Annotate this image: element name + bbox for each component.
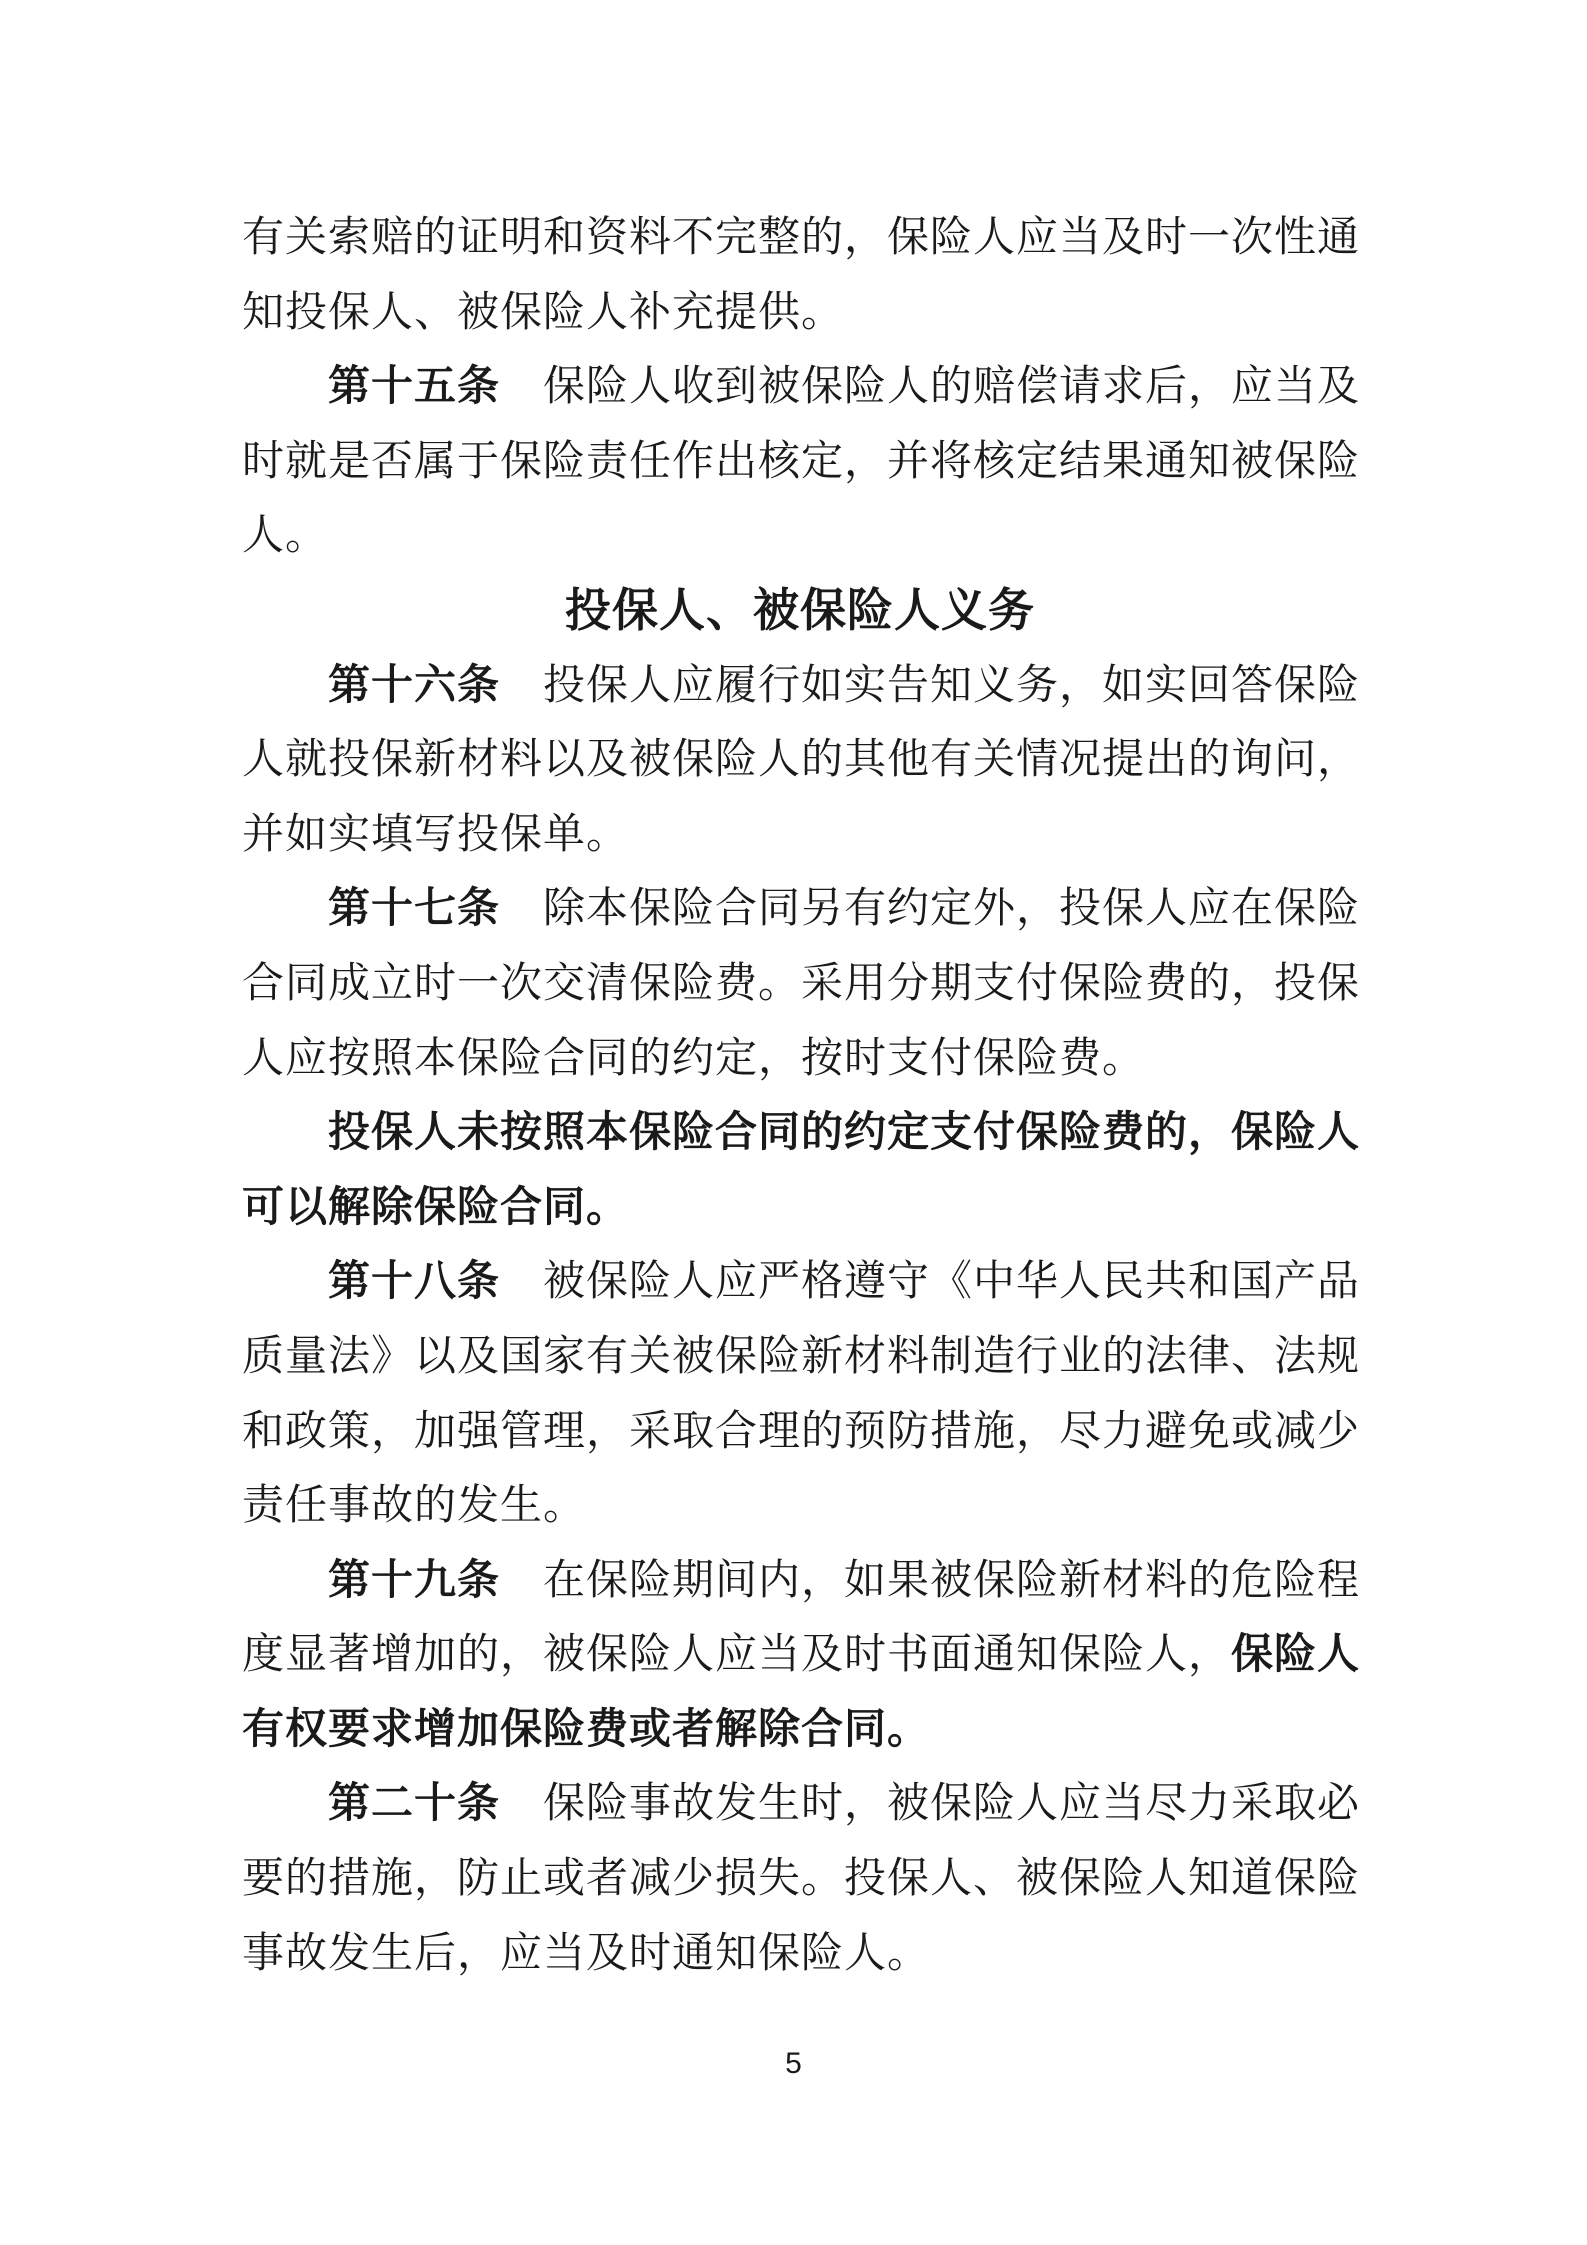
text-run: 保险事故发生时，被保险人应当尽力采取必 — [500, 1781, 1360, 1827]
text-run: 知投保人、被保险人补充提供。 — [242, 290, 844, 336]
text-run: 投保人应履行如实告知义务，如实回答保险 — [500, 663, 1360, 709]
text-run: 保险人收到被保险人的赔偿请求后，应当及 — [500, 364, 1360, 410]
page-footer: 5 — [0, 2046, 1587, 2082]
article-number: 第二十条 — [328, 1781, 500, 1827]
text-run: 有关索赔的证明和资料不完整的，保险人应当及时一次性通 — [242, 215, 1360, 261]
text-line-article-15: 第十五条 保险人收到被保险人的赔偿请求后，应当及 — [242, 350, 1358, 425]
section-heading: 投保人、被保险人义务 — [242, 574, 1358, 649]
page-number: 5 — [785, 2047, 802, 2080]
text-run: 责任事故的发生。 — [242, 1483, 586, 1529]
text-run: 质量法》以及国家有关被保险新材料制造行业的法律、法规 — [242, 1334, 1360, 1380]
article-number: 第十七条 — [328, 886, 500, 932]
text-run-bold: 保险人 — [1231, 1632, 1360, 1678]
text-line-mixed: 度显著增加的，被保险人应当及时书面通知保险人，保险人 — [242, 1618, 1358, 1693]
text-line: 人应按照本保险合同的约定，按时支付保险费。 — [242, 1022, 1358, 1097]
text-line-bold-clause: 可以解除保险合同。 — [242, 1171, 1358, 1246]
text-run: 和政策，加强管理，采取合理的预防措施，尽力避免或减少 — [242, 1409, 1360, 1455]
text-run: 人。 — [242, 513, 328, 559]
text-run: 时就是否属于保险责任作出核定，并将核定结果通知被保险 — [242, 439, 1360, 485]
text-run: 除本保险合同另有约定外，投保人应在保险 — [500, 886, 1360, 932]
text-line-article-18: 第十八条 被保险人应严格遵守《中华人民共和国产品 — [242, 1245, 1358, 1320]
text-line: 要的措施，防止或者减少损失。投保人、被保险人知道保险 — [242, 1842, 1358, 1917]
text-run: 并如实填写投保单。 — [242, 812, 629, 858]
text-line: 事故发生后，应当及时通知保险人。 — [242, 1917, 1358, 1992]
section-heading-text: 投保人、被保险人义务 — [565, 585, 1035, 636]
text-run: 被保险人应严格遵守《中华人民共和国产品 — [500, 1259, 1360, 1305]
text-run: 在保险期间内，如果被保险新材料的危险程 — [500, 1558, 1360, 1604]
text-line: 人。 — [242, 499, 1358, 574]
text-run: 要的措施，防止或者减少损失。投保人、被保险人知道保险 — [242, 1856, 1360, 1902]
text-line: 知投保人、被保险人补充提供。 — [242, 276, 1358, 351]
text-line-bold-clause: 投保人未按照本保险合同的约定支付保险费的，保险人 — [242, 1096, 1358, 1171]
text-run-bold: 有权要求增加保险费或者解除合同。 — [242, 1707, 930, 1753]
text-line: 并如实填写投保单。 — [242, 798, 1358, 873]
text-line-article-19: 第十九条 在保险期间内，如果被保险新材料的危险程 — [242, 1544, 1358, 1619]
text-line: 时就是否属于保险责任作出核定，并将核定结果通知被保险 — [242, 425, 1358, 500]
text-line-bold-clause: 有权要求增加保险费或者解除合同。 — [242, 1693, 1358, 1768]
article-number: 第十九条 — [328, 1558, 500, 1604]
article-number: 第十八条 — [328, 1259, 500, 1305]
text-line-article-16: 第十六条 投保人应履行如实告知义务，如实回答保险 — [242, 649, 1358, 724]
text-line-article-20: 第二十条 保险事故发生时，被保险人应当尽力采取必 — [242, 1767, 1358, 1842]
text-run: 人应按照本保险合同的约定，按时支付保险费。 — [242, 1036, 1145, 1082]
text-line: 和政策，加强管理，采取合理的预防措施，尽力避免或减少 — [242, 1395, 1358, 1470]
text-line: 合同成立时一次交清保险费。采用分期支付保险费的，投保 — [242, 947, 1358, 1022]
text-line-article-17: 第十七条 除本保险合同另有约定外，投保人应在保险 — [242, 872, 1358, 947]
article-number: 第十六条 — [328, 663, 500, 709]
text-line: 质量法》以及国家有关被保险新材料制造行业的法律、法规 — [242, 1320, 1358, 1395]
text-run-bold: 投保人未按照本保险合同的约定支付保险费的，保险人 — [328, 1110, 1360, 1156]
text-run-bold: 可以解除保险合同。 — [242, 1185, 629, 1231]
text-run: 合同成立时一次交清保险费。采用分期支付保险费的，投保 — [242, 961, 1360, 1007]
document-page: 有关索赔的证明和资料不完整的，保险人应当及时一次性通 知投保人、被保险人补充提供… — [0, 0, 1587, 2245]
article-number: 第十五条 — [328, 364, 500, 410]
text-run: 人就投保新材料以及被保险人的其他有关情况提出的询问， — [242, 737, 1360, 783]
text-line: 有关索赔的证明和资料不完整的，保险人应当及时一次性通 — [242, 201, 1358, 276]
text-run: 事故发生后，应当及时通知保险人。 — [242, 1931, 930, 1977]
text-line: 责任事故的发生。 — [242, 1469, 1358, 1544]
text-line: 人就投保新材料以及被保险人的其他有关情况提出的询问， — [242, 723, 1358, 798]
document-body: 有关索赔的证明和资料不完整的，保险人应当及时一次性通 知投保人、被保险人补充提供… — [242, 201, 1358, 1991]
text-run: 度显著增加的，被保险人应当及时书面通知保险人， — [242, 1632, 1231, 1678]
